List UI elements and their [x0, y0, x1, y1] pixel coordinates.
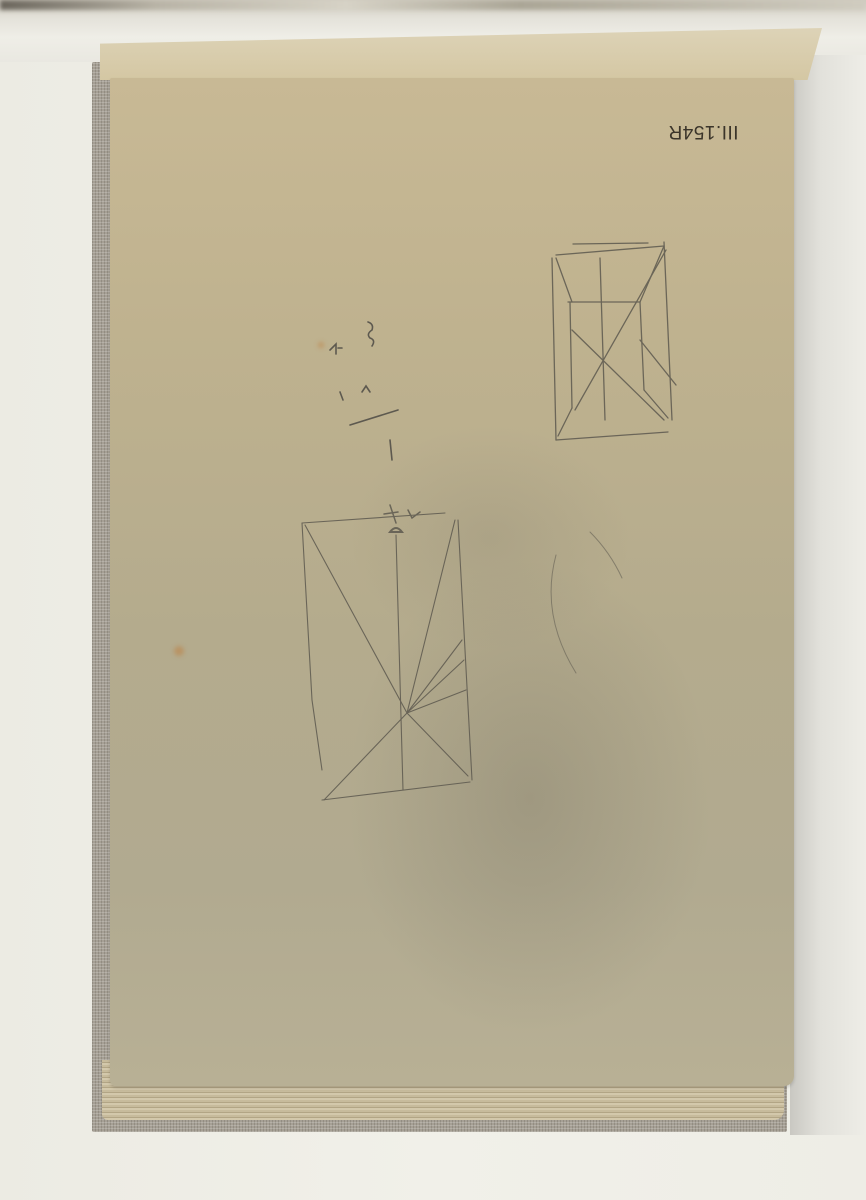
numerals-calculation	[330, 322, 398, 460]
faint-curve-sketch	[551, 532, 622, 673]
perspective-rectangle-sketch	[302, 505, 472, 800]
perspective-box-sketch	[552, 242, 676, 440]
pencil-sketches	[0, 0, 866, 1200]
